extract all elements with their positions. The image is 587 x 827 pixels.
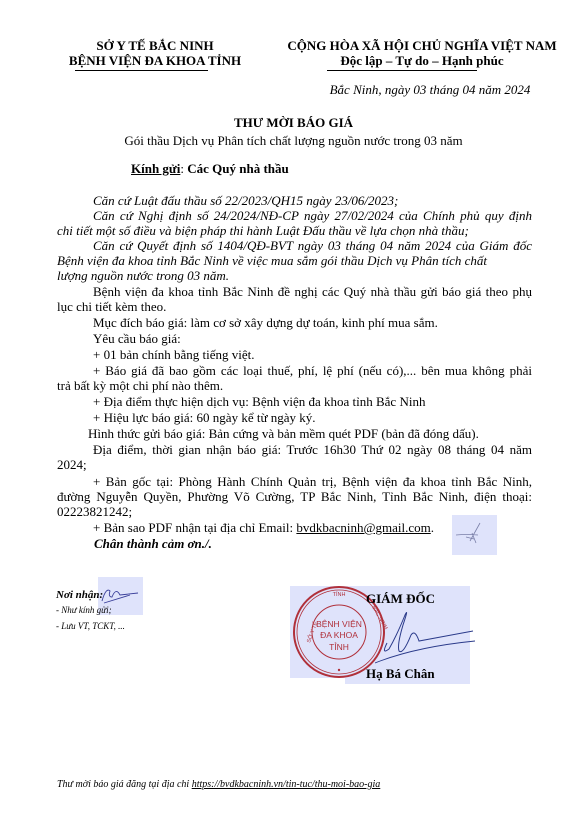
requirement-3: + Địa điểm thực hiện dịch vụ: Bệnh viện … (93, 394, 532, 409)
recipient-label: Kính gửi (131, 161, 180, 176)
recipient-item-2: - Lưu VT, TCKT, ... (56, 621, 125, 631)
svg-text:TỈNH: TỈNH (329, 641, 349, 652)
document-body: Căn cứ Luật đấu thầu số 22/2023/QH15 ngà… (57, 193, 532, 573)
footer-prefix: Thư mời báo giá đăng tại địa chỉ (57, 779, 192, 790)
national-header: CỘNG HÒA XÃ HỘI CHỦ NGHĨA VIỆT NAM Độc l… (262, 38, 582, 68)
submission-form: Hình thức gửi báo giá: Bản cứng và bản m… (88, 426, 532, 441)
document-date: Bắc Ninh, ngày 03 tháng 04 năm 2024 (300, 82, 560, 98)
request-paragraph-a: Bệnh viện đa khoa tỉnh Bắc Ninh đề nghị … (93, 284, 532, 299)
pdf-copy-prefix: + Bản sao PDF nhận tại địa chỉ Email: (93, 520, 296, 535)
department-name: SỞ Y TẾ BẮC NINH (40, 38, 270, 53)
footer-note: Thư mời báo giá đăng tại địa chỉ https:/… (57, 779, 380, 790)
legal-basis-3c: lượng nguồn nước trong 03 năm. (57, 268, 532, 283)
document-title: THƯ MỜI BÁO GIÁ (0, 115, 587, 131)
svg-text:BỆNH VIỆN: BỆNH VIỆN (316, 619, 362, 629)
pdf-copy-line: + Bản sao PDF nhận tại địa chỉ Email: bv… (93, 520, 532, 535)
requirement-2b: trả bất kỳ một chi phí nào thêm. (57, 378, 532, 393)
left-header-underline (75, 70, 208, 71)
recipient-item-1: - Như kính gửi; (56, 605, 112, 615)
recipient-value: Các Quý nhà thầu (184, 161, 289, 176)
recipients-label: Nơi nhận: (56, 589, 103, 601)
hospital-name: BỆNH VIỆN ĐA KHOA TỈNH (40, 53, 270, 68)
recipient-line: Kính gửi: Các Quý nhà thầu (131, 161, 289, 177)
legal-basis-2b: chi tiết một số điều và biện pháp thi hà… (57, 223, 532, 238)
requirement-2a: + Báo giá đã bao gồm các loại thuế, phí,… (93, 363, 532, 378)
requirement-4: + Hiệu lực báo giá: 60 ngày kể từ ngày k… (93, 410, 532, 425)
original-address-a: + Bản gốc tại: Phòng Hành Chính Quản trị… (93, 474, 532, 489)
svg-text:ĐA KHOA: ĐA KHOA (320, 630, 358, 640)
document-subtitle: Gói thầu Dịch vụ Phân tích chất lượng ng… (0, 133, 587, 149)
original-address-b: đường Nguyễn Quyền, Phường Võ Cường, TP … (57, 489, 532, 504)
deadline-a: Địa điểm, thời gian nhận báo giá: Trước … (93, 442, 532, 457)
legal-basis-1: Căn cứ Luật đấu thầu số 22/2023/QH15 ngà… (93, 193, 532, 208)
request-paragraph-b: lục chi tiết kèm theo. (57, 299, 532, 314)
agency-header: SỞ Y TẾ BẮC NINH BỆNH VIỆN ĐA KHOA TỈNH (40, 38, 270, 68)
requirements-label: Yêu cầu báo giá: (93, 331, 532, 346)
svg-text:SỞ Y TẾ: SỞ Y TẾ (305, 620, 319, 643)
thanks-line: Chân thành cảm ơn./. (94, 536, 532, 551)
legal-basis-3a: Căn cứ Quyết định số 1404/QĐ-BVT ngày 03… (93, 238, 532, 253)
signer-name: Hạ Bá Chân (366, 666, 435, 682)
email-link[interactable]: bvdkbacninh@gmail.com (296, 520, 430, 535)
quotation-purpose: Mục đích báo giá: làm cơ sở xây dựng dự … (93, 315, 532, 330)
deadline-b: 2024; (57, 457, 532, 472)
svg-text:TỈNH: TỈNH (333, 591, 346, 598)
director-signature-icon (375, 605, 475, 665)
national-title: CỘNG HÒA XÃ HỘI CHỦ NGHĨA VIỆT NAM (262, 38, 582, 53)
legal-basis-2a: Căn cứ Nghị định số 24/2024/NĐ-CP ngày 2… (93, 208, 532, 223)
right-header-underline (327, 70, 477, 71)
national-motto: Độc lập – Tự do – Hạnh phúc (262, 53, 582, 68)
legal-basis-3b: Bệnh viện đa khoa tỉnh Bắc Ninh về việc … (57, 253, 532, 268)
requirement-1: + 01 bản chính bằng tiếng việt. (93, 347, 532, 362)
footer-url-link[interactable]: https://bvdkbacninh.vn/tin-tuc/thu-moi-b… (192, 779, 381, 790)
pdf-copy-suffix: . (431, 520, 434, 535)
